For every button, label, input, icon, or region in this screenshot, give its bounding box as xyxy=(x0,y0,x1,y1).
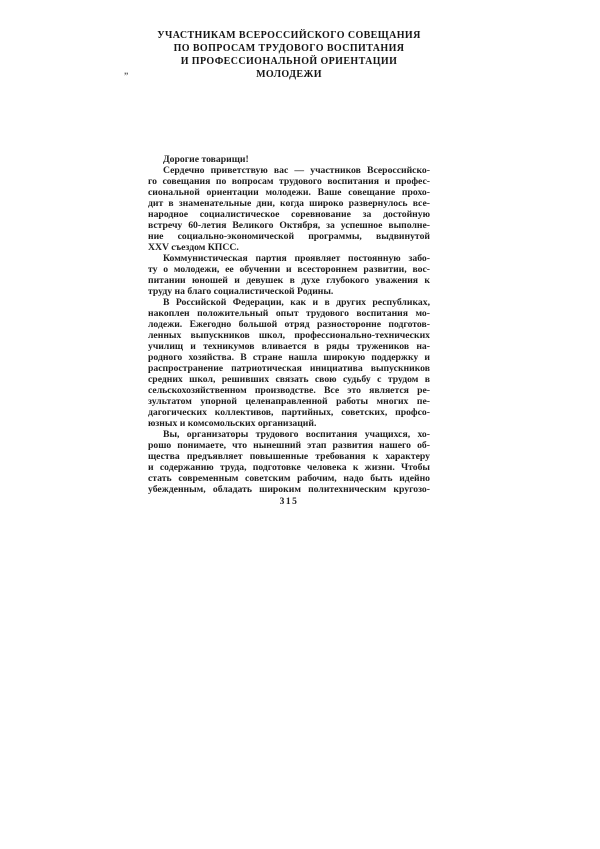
paragraph-organizers: Вы, организаторы трудового воспитания уч… xyxy=(148,429,430,495)
text-line: дит в знаменательные дни, когда широко р… xyxy=(148,198,430,209)
scan-artifact-mark: „ xyxy=(124,66,129,76)
paragraph-party-care: Коммунистическая партия проявляет постоя… xyxy=(148,253,430,297)
text-line: убежденным, обладать широким политехниче… xyxy=(148,484,430,495)
paragraph-greeting: Сердечно приветствую вас — участников Вс… xyxy=(148,165,430,253)
text-line: Вы, организаторы трудового воспитания уч… xyxy=(148,429,430,440)
text-line: училищ и техникумов вливается в ряды тру… xyxy=(148,341,430,352)
text-line: ту о молодежи, ее обучении и всесторонне… xyxy=(148,264,430,275)
text-line: Коммунистическая партия проявляет постоя… xyxy=(148,253,430,264)
text-line: рошо понимаете, что нынешний этап развит… xyxy=(148,440,430,451)
heading-line: МОЛОДЕЖИ xyxy=(148,68,430,81)
text-line: и содержанию труда, подготовке человека … xyxy=(148,462,430,473)
text-line: XXV съездом КПСС. xyxy=(148,242,430,253)
text-line: народное социалистическое соревнование з… xyxy=(148,209,430,220)
text-line: го совещания по вопросам трудового воспи… xyxy=(148,176,430,187)
body-text: Дорогие товарищи! Сердечно приветствую в… xyxy=(148,154,430,495)
text-line: питании юношей и девушек в духе глубоког… xyxy=(148,275,430,286)
text-line: лодежи. Ежегодно большой отряд разностор… xyxy=(148,319,430,330)
text-line: юзных и комсомольских организаций. xyxy=(148,418,430,429)
text-line: средних школ, решивших связать свою судь… xyxy=(148,374,430,385)
text-line: стать современным советским рабочим, над… xyxy=(148,473,430,484)
book-page: УЧАСТНИКАМ ВСЕРОССИЙСКОГО СОВЕЩАНИЯ ПО В… xyxy=(0,0,600,849)
page-heading: УЧАСТНИКАМ ВСЕРОССИЙСКОГО СОВЕЩАНИЯ ПО В… xyxy=(148,29,430,81)
text-line: зультатом упорной целенаправленной работ… xyxy=(148,396,430,407)
text-line: Дорогие товарищи! xyxy=(148,154,430,165)
paragraph-federation-experience: В Российской Федерации, как и в других р… xyxy=(148,297,430,429)
heading-line: УЧАСТНИКАМ ВСЕРОССИЙСКОГО СОВЕЩАНИЯ xyxy=(148,29,430,42)
text-line: В Российской Федерации, как и в других р… xyxy=(148,297,430,308)
text-line: сельскохозяйственном производстве. Все э… xyxy=(148,385,430,396)
page-number: 315 xyxy=(148,497,430,507)
text-line: труду на благо социалистической Родины. xyxy=(148,286,430,297)
heading-line: И ПРОФЕССИОНАЛЬНОЙ ОРИЕНТАЦИИ xyxy=(148,55,430,68)
heading-line: ПО ВОПРОСАМ ТРУДОВОГО ВОСПИТАНИЯ xyxy=(148,42,430,55)
text-line: Сердечно приветствую вас — участников Вс… xyxy=(148,165,430,176)
paragraph-salutation: Дорогие товарищи! xyxy=(148,154,430,165)
text-line: ленных выпускников школ, профессионально… xyxy=(148,330,430,341)
text-line: дагогических коллективов, партийных, сов… xyxy=(148,407,430,418)
text-line: сиональной ориентации молодежи. Ваше сов… xyxy=(148,187,430,198)
text-line: щества предъявляет повышенные требования… xyxy=(148,451,430,462)
text-line: распространение патриотическая инициатив… xyxy=(148,363,430,374)
text-line: накоплен положительный опыт трудового во… xyxy=(148,308,430,319)
text-line: ние социально-экономической программы, в… xyxy=(148,231,430,242)
text-line: родного хозяйства. В стране нашла широку… xyxy=(148,352,430,363)
text-line: встречу 60-летия Великого Октября, за ус… xyxy=(148,220,430,231)
